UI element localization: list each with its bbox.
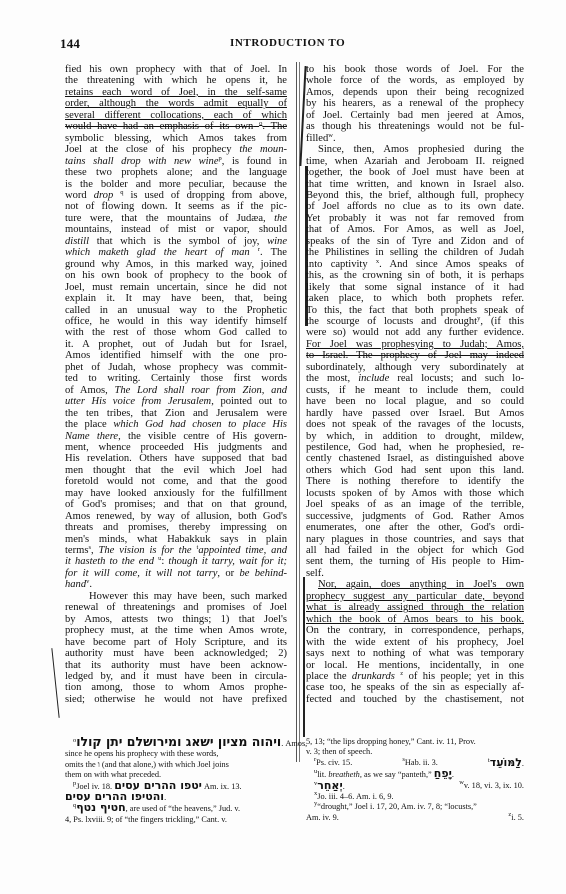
- text-line: whole force of the words, as employed by: [306, 75, 524, 86]
- text-line-annotated: retains each word of Joel, in the self-s…: [65, 87, 287, 98]
- text-line: sied; otherwise he would not have prefix…: [65, 694, 287, 705]
- text-line-annotated: prophecy suggest any particular date, be…: [306, 591, 524, 602]
- text-line: tains shall drop with new winep, is foun…: [65, 156, 287, 167]
- text-line: termss, The vision is for the tappointed…: [65, 545, 287, 556]
- text-line: place the drunkards z of his people; yet…: [306, 671, 524, 682]
- text-line: nary plagues in those countries, and say…: [306, 534, 524, 545]
- text-line: of Amos, The Lord shall roar from Zion, …: [65, 385, 287, 396]
- footnote-v: vיְאַחֵר.: [314, 781, 345, 792]
- text-line: subordinately, although very subordinate…: [306, 362, 524, 373]
- text-line: Yet probably it was not far removed from: [306, 213, 524, 224]
- text-line-annotated: which the book of Amos bears to his book…: [306, 614, 524, 625]
- hebrew-text: ויהוה מציון ישאג ומירושלם יתן קולו: [76, 734, 281, 749]
- text-line: or local. He mentions, incidentally, in …: [306, 660, 524, 671]
- text-line: fied his own prophecy with that of Joel.…: [65, 64, 287, 75]
- text-line: distill that which is the symbol of joy,…: [65, 236, 287, 247]
- text-line: locusts spoken of by Amos with those whi…: [306, 488, 524, 499]
- footnote-r: rPs. civ. 15.: [314, 758, 352, 769]
- text-line: case too, he speaks of the sin as especi…: [306, 682, 524, 693]
- text-line: utter His voice from Jerusalem, pointed …: [65, 396, 287, 407]
- text-line: Amos, depends upon their being recognize…: [306, 87, 524, 98]
- text-line: for it will come, it will not tarry, or …: [65, 568, 287, 579]
- text-line: by which, in addition to drought, mildew…: [306, 431, 524, 442]
- right-column: to his book those words of Joel. For the…: [306, 64, 524, 705]
- text-line: time, when Azariah and Jeroboam II. reig…: [306, 156, 524, 167]
- footnote-w: wv. 18, vi. 3, ix. 10.: [459, 781, 524, 792]
- text-line-annotated: to Israel. The prophecy of Joel may inde…: [306, 350, 524, 361]
- text-line: not of flowing down. It seems as if the …: [65, 201, 287, 212]
- text-line: hardly have passed over Israel. But Amos: [306, 408, 524, 419]
- text-line: speaks of the sin of Tyre and Zidon and …: [306, 236, 524, 247]
- text-line: likely that some signal instance of it h…: [306, 282, 524, 293]
- text-line-annotated: Nor, again, does anything in Joel's own: [306, 579, 524, 590]
- footnote-line: 4, Ps. lxviii. 9; of “the fingers trickl…: [65, 815, 287, 825]
- text-line: with the wide extent of his prophecy, Jo…: [306, 637, 524, 648]
- text-line: enumerates, one after the other, God's o…: [306, 522, 524, 533]
- text-line: pestilence, God had, when he prophesied,…: [306, 442, 524, 453]
- text-line-annotated: several different collocations, each of …: [65, 110, 287, 121]
- hebrew-text: יְאַחֵר: [317, 779, 342, 792]
- text-line: it hasteth to the end u: though it tarry…: [65, 556, 287, 567]
- text-line: to his book those words of Joel. For the: [306, 64, 524, 75]
- margin-annotation-mark: [51, 648, 59, 718]
- text-line: mountains, instead of mist or vapor, sho…: [65, 224, 287, 235]
- text-line: all had failed in the object for which G…: [306, 545, 524, 556]
- footnote-x: xJo. iii. 4–6. Am. i. 6, 9.: [306, 792, 524, 802]
- text-line: by Amos, attests two things; 1) that Joe…: [65, 614, 287, 625]
- text-line: Amos identified himself with the one pro…: [65, 350, 287, 361]
- text-line: this, as the crowning sin of both, it is…: [306, 270, 524, 281]
- footnote-t: tלַמּוֹעֵד.: [488, 758, 524, 769]
- text-line: that of Amos. For Amos, as well as Joel,: [306, 224, 524, 235]
- text-line: handv.: [65, 579, 287, 590]
- text-line: sent them, the turning of His people to …: [306, 556, 524, 567]
- running-title: INTRODUCTION TO: [230, 37, 345, 49]
- text-line: filledw.: [306, 133, 524, 144]
- text-line: However this may have been, such marked: [65, 591, 287, 602]
- footnote-line: Am. iv. 9.: [306, 813, 339, 823]
- left-column: fied his own prophecy with that of Joel.…: [65, 64, 287, 705]
- text-line: There is nothing therefore to identify t…: [306, 476, 524, 487]
- text-line: fected and touched by the chastisement, …: [306, 694, 524, 705]
- text-line: into captivity x. And since Amos speaks …: [306, 259, 524, 270]
- text-line: ment, whence proceeded His judgments and: [65, 442, 287, 453]
- text-line: the threatening with which he opens it, …: [65, 75, 287, 86]
- page-number: 144: [60, 36, 80, 52]
- text-line: foretold would not come, and that the go…: [65, 476, 287, 487]
- footnote-s: sHab. ii. 3.: [402, 758, 437, 769]
- text-line: on his own book of prophecy to the book …: [65, 270, 287, 281]
- text-line: successive, judgments of God. Rather Amo…: [306, 511, 524, 522]
- text-line: others which God had sent upon this land…: [306, 465, 524, 476]
- text-line: prophecy must, at the time when Amos wro…: [65, 625, 287, 636]
- footnote-line: since he opens his prophecy with these w…: [65, 749, 287, 759]
- text-line: Joel speaks of as an image of the terrib…: [306, 499, 524, 510]
- text-line: ledged by, and it must have been in circ…: [65, 671, 287, 682]
- footnote-line: 5, 13; “the lips dropping honey,” Cant. …: [306, 737, 524, 747]
- text-line: On the contrary, in correspondence, perh…: [306, 625, 524, 636]
- footnotes-right: 5, 13; “the lips dropping honey,” Cant. …: [306, 737, 524, 823]
- text-line: which maketh glad the heart of man r. Th…: [65, 247, 287, 258]
- text-line: were so) would not add any further evide…: [306, 327, 524, 338]
- footnote-y: y“drought,” Joel i. 17, 20, Am. iv. 7, 8…: [306, 802, 524, 812]
- text-line: authority must have been acknowledged; 2…: [65, 648, 287, 659]
- text-line: word drop q is used of dropping from abo…: [65, 190, 287, 201]
- text-line: tion among, those to whom Amos prophe-: [65, 682, 287, 693]
- text-line: ture were, that the mountains of Judæa, …: [65, 213, 287, 224]
- text-line: symbolic blessing, which Amos takes from: [65, 133, 287, 144]
- text-line: office, he would in this way identify hi…: [65, 316, 287, 327]
- text-line: is the bolder and more peculiar, because…: [65, 179, 287, 190]
- text-line: Since, then, Amos prophesied during the: [306, 144, 524, 155]
- text-line: threats and promises, thereby impressing…: [65, 522, 287, 533]
- text-line: Joel at the close of his prophecy the mo…: [65, 144, 287, 155]
- text-line: with the rest of those whom God called t…: [65, 327, 287, 338]
- text-line: of Joel. Certainly bad men jeered at Amo…: [306, 110, 524, 121]
- footnote-o: oויהוה מציון ישאג ומירושלם יתן קולו. Amo…: [65, 737, 287, 749]
- text-line: these two prophets alone; and the langua…: [65, 167, 287, 178]
- footnotes-left: oויהוה מציון ישאג ומירושלם יתן קולו. Amo…: [65, 737, 287, 825]
- text-line: the ten tribes, that Zion and Jerusalem …: [65, 408, 287, 419]
- text-line: taken place, to which both prophets refe…: [306, 293, 524, 304]
- hebrew-text: יָפֵחַ: [434, 767, 452, 780]
- text-line: phet of Judah, whose prophecy was commit…: [65, 362, 287, 373]
- footnote-row: Am. iv. 9. zi. 5.: [306, 813, 524, 823]
- text-line: of God's promises; and that on that grou…: [65, 499, 287, 510]
- column-divider: [296, 62, 297, 762]
- text-line: as though his threatenings would not be …: [306, 121, 524, 132]
- hebrew-text: לַמּוֹעֵד: [490, 756, 522, 769]
- text-line: Amos renewed, by way of allusion, both G…: [65, 511, 287, 522]
- text-line: the scourge of locusts and droughty, (if…: [306, 316, 524, 327]
- margin-annotation-mark: [303, 577, 305, 737]
- text-line: men's minds, what Habakkuk says in plain: [65, 534, 287, 545]
- text-line: self.: [306, 568, 524, 579]
- text-line: explain it. It may have been, that, bein…: [65, 293, 287, 304]
- text-line-annotated: For Joel was prophesying to Judah; Amos,: [306, 339, 524, 350]
- text-line: renewal of threatenings and promises of …: [65, 602, 287, 613]
- column-divider-double: [299, 62, 300, 762]
- text-line: custs, if he meant to include them, coul…: [306, 385, 524, 396]
- text-line: it. A prophet, out of Judah but for Isra…: [65, 339, 287, 350]
- text-line: men thought that the evil which Joel had: [65, 465, 287, 476]
- text-line: of Joel affords no clue as to its own da…: [306, 201, 524, 212]
- text-line: To this, the fact that both prophets spe…: [306, 305, 524, 316]
- text-line: the most, include real locusts; and such…: [306, 373, 524, 384]
- footnote-line: omits the ו (and that alone,) with which…: [65, 760, 287, 770]
- text-line: says next to nothing of what was tempora…: [306, 648, 524, 659]
- footnote-q: qחטיף נטף, are used of “the heavens,” Ju…: [65, 803, 287, 814]
- text-line: that time written, and known in Israel a…: [306, 179, 524, 190]
- text-line: the place which God had chosen to place …: [65, 419, 287, 430]
- text-line: does not speak of the ravages of the loc…: [306, 419, 524, 430]
- footnote-row: vיְאַחֵר. wv. 18, vi. 3, ix. 10.: [306, 781, 524, 792]
- text-line: Beyond this, the brief, although full, p…: [306, 190, 524, 201]
- page-header: 144 INTRODUCTION TO: [60, 36, 510, 52]
- hebrew-text: חטיף נטף: [76, 801, 125, 814]
- footnote-row: rPs. civ. 15. sHab. ii. 3. tלַמּוֹעֵד.: [306, 758, 524, 769]
- text-line-annotated: would have had an emphasis of its own o.…: [65, 121, 287, 132]
- text-line-annotated: order, although the words admit equally …: [65, 98, 287, 109]
- text-line: have been no local plague, and so could: [306, 396, 524, 407]
- text-line: His revelation. Others have supposed tha…: [65, 453, 287, 464]
- text-line: cently chastened Israel, as distinguishe…: [306, 453, 524, 464]
- text-line-annotated: what is already assigned through the rel…: [306, 602, 524, 613]
- text-line: that its authority must have been acknow…: [65, 660, 287, 671]
- text-line: called in an unusual way to the Propheti…: [65, 305, 287, 316]
- text-line: the Philistines in selling the children …: [306, 247, 524, 258]
- text-line: ted to writing. Certainly those first wo…: [65, 373, 287, 384]
- text-line: by his hearers, as a renewal of the prop…: [306, 98, 524, 109]
- text-line: may have looked anxiously for the fulfil…: [65, 488, 287, 499]
- text-line: have become part of Holy Scripture, and …: [65, 637, 287, 648]
- text-line: ground why Amos, in this marked way, joi…: [65, 259, 287, 270]
- footnote-z: zi. 5.: [508, 813, 524, 823]
- text-line: Name there, the visible centre of His go…: [65, 431, 287, 442]
- text-line: together, the book of Joel must have bee…: [306, 167, 524, 178]
- text-line: Joel, must remain uncertain, since he di…: [65, 282, 287, 293]
